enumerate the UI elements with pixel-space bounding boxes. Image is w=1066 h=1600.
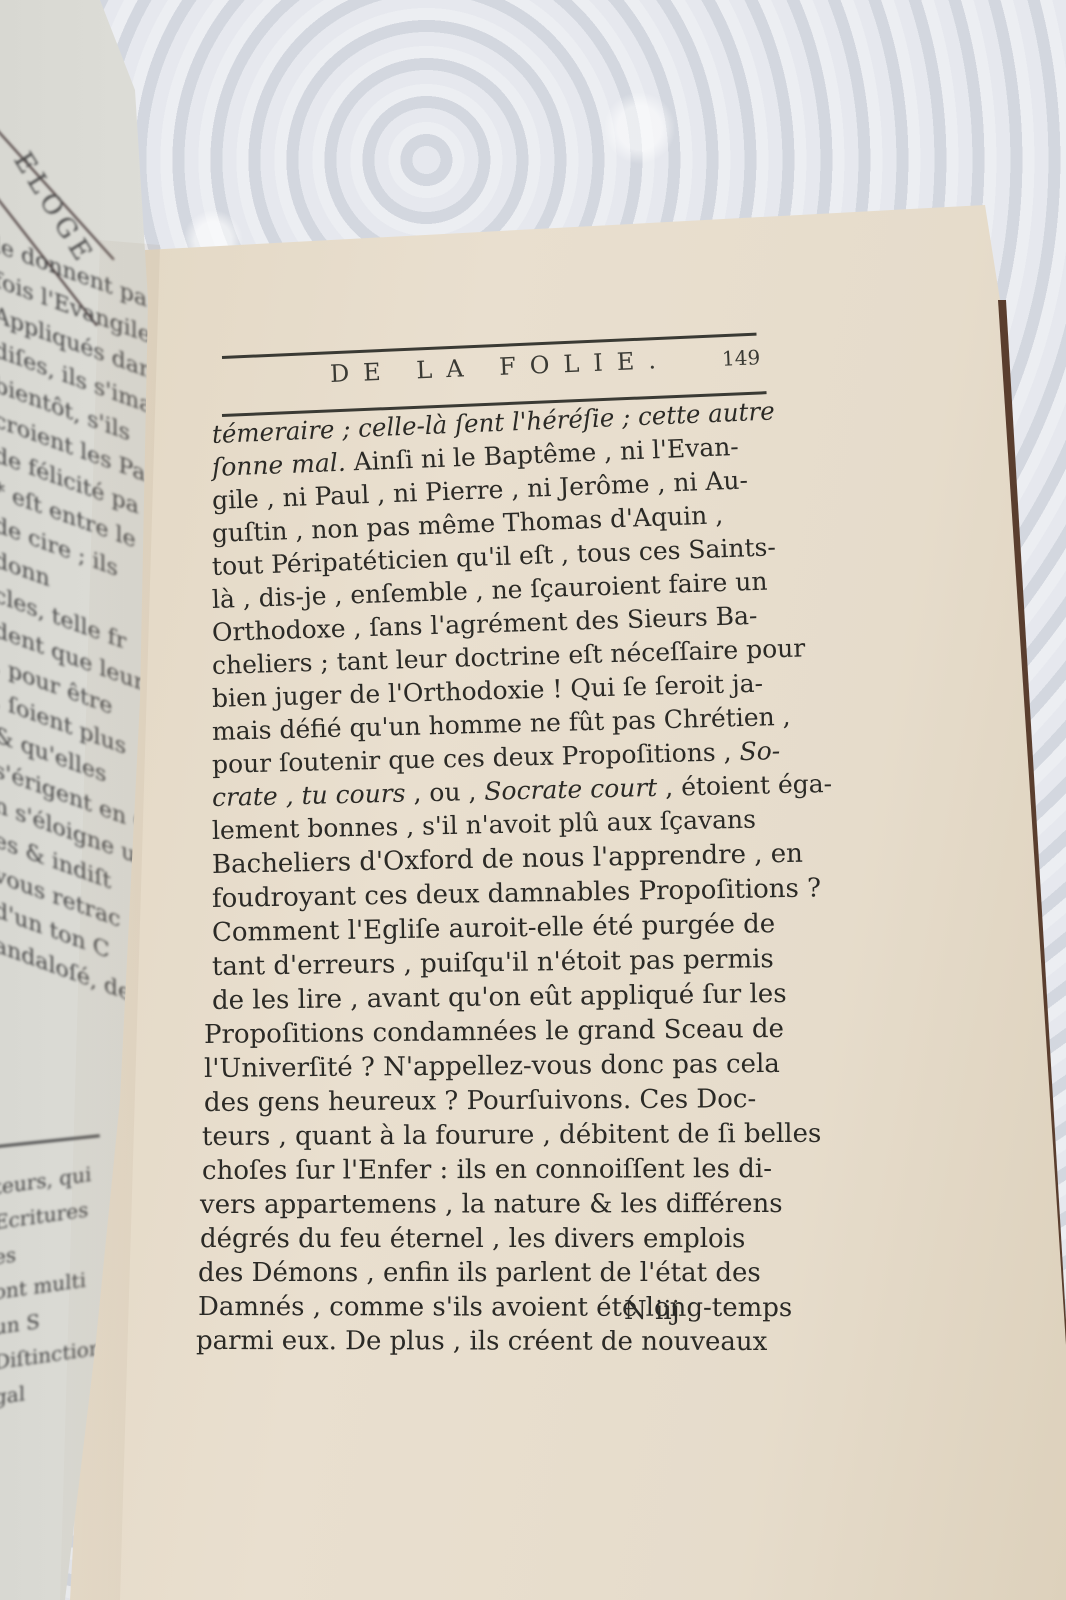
page-number: 149	[722, 345, 761, 371]
text-line: tant d'erreurs , puiſqu'il n'étoit pas p…	[212, 944, 774, 982]
line-text: l'Univerſité ? N'appellez-vous donc pas …	[204, 1049, 780, 1084]
text-line: lement bonnes , s'il n'avoit plû aux ſça…	[212, 805, 757, 845]
line-text: dégrés du feu éternel , les divers emplo…	[200, 1224, 745, 1254]
line-text: Bacheliers d'Oxford de nous l'apprendre …	[212, 839, 803, 880]
text-line: Propoſitions condamnées le grand Sceau d…	[204, 1014, 784, 1050]
line-text: vers appartemens , la nature & les diffé…	[200, 1189, 783, 1220]
line-text: lement bonnes , s'il n'avoit plû aux ſça…	[212, 805, 757, 845]
line-text: teurs , quant à la fourure , débitent de…	[202, 1119, 821, 1152]
line-text: des Démons , enfin ils parlent de l'état…	[198, 1258, 761, 1288]
text-line: des Démons , enfin ils parlent de l'état…	[198, 1258, 761, 1288]
running-head: DE LA FOLIE.	[329, 346, 670, 388]
text-line: de les lire , avant qu'on eût appliqué ſ…	[212, 979, 787, 1016]
text-line: dégrés du feu éternel , les divers emplo…	[200, 1224, 745, 1254]
line-text: , étoient éga-	[657, 769, 832, 802]
line-text: tant d'erreurs , puiſqu'il n'étoit pas p…	[212, 944, 774, 982]
text-line: teurs , quant à la fourure , débitent de…	[202, 1119, 821, 1152]
signature-mark: N iij	[624, 1296, 680, 1326]
italic-text: ſonne mal.	[211, 448, 346, 482]
text-line: Bacheliers d'Oxford de nous l'apprendre …	[212, 839, 803, 880]
italic-text: crate , tu cours	[212, 779, 406, 812]
line-text: choſes ſur l'Enfer : ils en connoiſſent …	[202, 1154, 772, 1186]
text-line: l'Univerſité ? N'appellez-vous donc pas …	[204, 1049, 780, 1084]
line-text: , ou ,	[405, 777, 484, 808]
text-line: Damnés , comme s'ils avoient été long-te…	[198, 1292, 792, 1323]
line-text: parmi eux. De plus , ils créent de nouve…	[196, 1326, 767, 1357]
text-line: foudroyant ces deux damnables Propoſitio…	[212, 873, 822, 914]
italic-text: So-	[739, 736, 780, 766]
line-text: des gens heureux ? Pourſuivons. Ces Doc-	[204, 1084, 756, 1118]
text-line: vers appartemens , la nature & les diffé…	[200, 1189, 783, 1220]
line-text: Propoſitions condamnées le grand Sceau d…	[204, 1014, 784, 1050]
text-line: Comment l'Egliſe auroit-elle été purgée …	[212, 909, 776, 948]
line-text: foudroyant ces deux damnables Propoſitio…	[212, 873, 822, 914]
text-line: parmi eux. De plus , ils créent de nouve…	[196, 1326, 767, 1357]
line-text: de les lire , avant qu'on eût appliqué ſ…	[212, 979, 787, 1016]
italic-text: Socrate court	[484, 773, 658, 806]
line-text: Damnés , comme s'ils avoient été long-te…	[198, 1292, 792, 1323]
right-page-text: DE LA FOLIE. 149 témeraire ; celle-là ſe…	[0, 0, 1066, 1600]
line-text: Comment l'Egliſe auroit-elle été purgée …	[212, 909, 776, 948]
text-line: choſes ſur l'Enfer : ils en connoiſſent …	[202, 1154, 772, 1186]
text-line: des gens heureux ? Pourſuivons. Ces Doc-	[204, 1084, 756, 1118]
